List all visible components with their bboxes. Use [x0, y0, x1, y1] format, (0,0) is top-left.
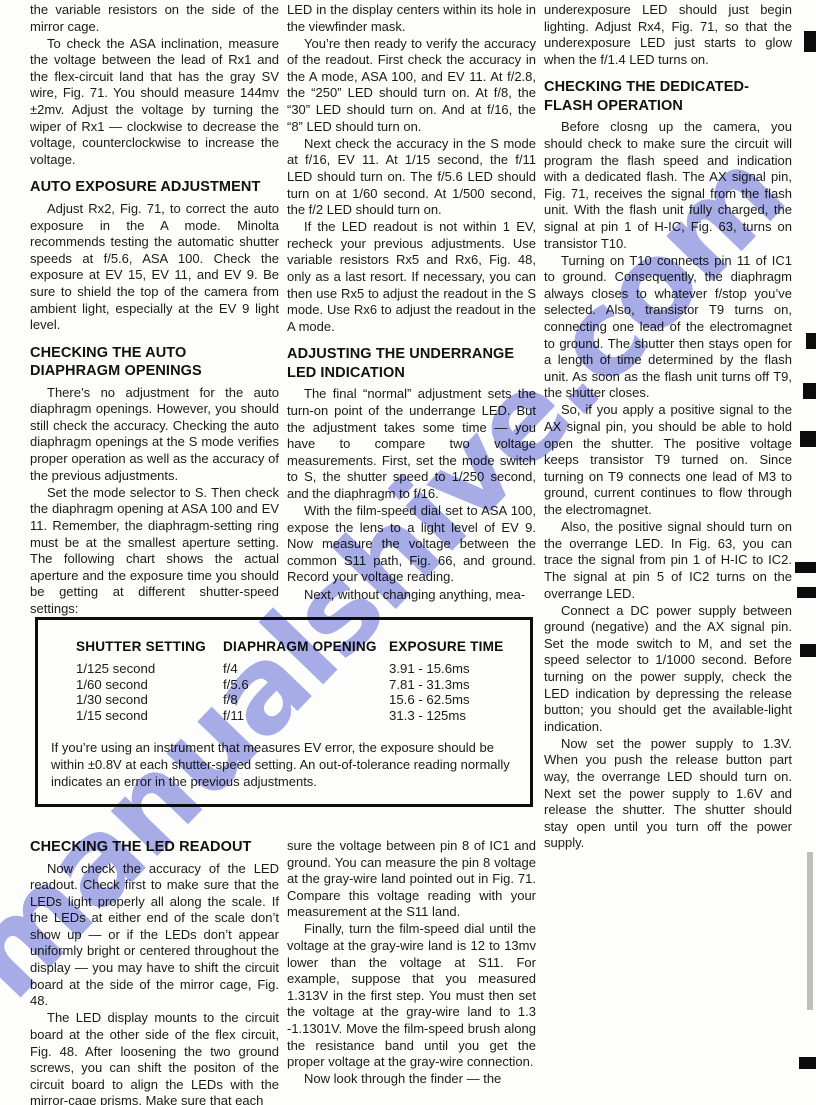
paragraph: Connect a DC power supply between ground… — [544, 603, 792, 736]
section-heading: AUTO EXPOSURE ADJUSTMENT — [30, 178, 279, 197]
section-heading: CHECKING THE AUTO DIAPHRAGM OPENINGS — [30, 344, 279, 381]
table-cell: 31.3 - 125ms — [389, 708, 530, 724]
scan-artifact — [807, 852, 813, 1010]
paragraph: Next check the accuracy in the S mode at… — [287, 136, 536, 219]
scan-artifact — [806, 333, 816, 349]
table-cell: 3.91 - 15.6ms — [389, 661, 530, 677]
table-header: EXPOSURE TIME — [389, 639, 530, 655]
paragraph: LED in the display centers within its ho… — [287, 2, 536, 35]
scan-artifact — [795, 562, 816, 573]
scan-artifact — [804, 31, 816, 52]
scan-artifact — [799, 1057, 816, 1069]
paragraph: Also, the positive signal should turn on… — [544, 519, 792, 602]
paragraph: underexposure LED should just begin ligh… — [544, 2, 792, 68]
paragraph: You’re then ready to verify the accuracy… — [287, 36, 536, 136]
paragraph: Now look through the finder — the — [287, 1071, 536, 1088]
scan-artifact — [803, 383, 816, 399]
paragraph: Now set the power supply to 1.3V. When y… — [544, 736, 792, 852]
column-1-top: the variable resistors on the side of th… — [30, 2, 279, 618]
section-heading: CHECKING THE DEDICATED-FLASH OPERATION — [544, 78, 792, 115]
table-cell: 7.81 - 31.3ms — [389, 677, 530, 693]
scan-artifact — [797, 587, 816, 598]
paragraph: There’s no adjustment for the auto diaph… — [30, 385, 279, 485]
service-manual-page: the variable resistors on the side of th… — [0, 0, 816, 1105]
paragraph: Finally, turn the film-speed dial until … — [287, 921, 536, 1070]
scan-artifact — [800, 644, 816, 657]
table-cell: 15.6 - 62.5ms — [389, 692, 530, 708]
column-2-bottom: sure the voltage between pin 8 of IC1 an… — [287, 838, 536, 1088]
paragraph: the variable resistors on the side of th… — [30, 2, 279, 35]
paragraph: To check the ASA inclination, measure th… — [30, 36, 279, 169]
paragraph: sure the voltage between pin 8 of IC1 an… — [287, 838, 536, 921]
scan-artifact — [800, 431, 816, 447]
paragraph: Adjust Rx2, Fig. 71, to correct the auto… — [30, 201, 279, 334]
paragraph: The LED display mounts to the circuit bo… — [30, 1010, 279, 1105]
paragraph: If the LED readout is not within 1 EV, r… — [287, 219, 536, 335]
paragraph: Set the mode selector to S. Then check t… — [30, 485, 279, 618]
